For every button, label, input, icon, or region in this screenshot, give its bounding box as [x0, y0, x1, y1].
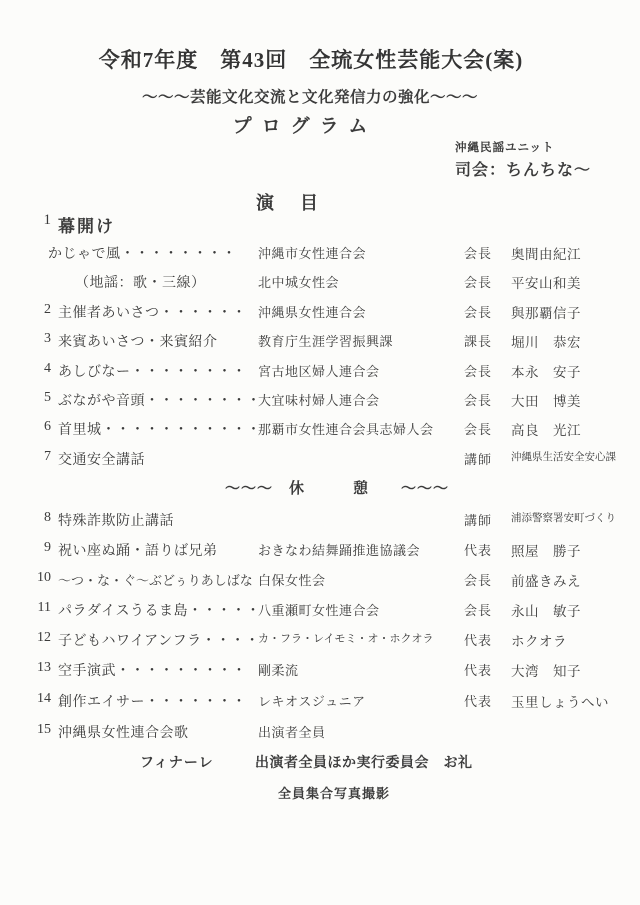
item-name: 沖縄県生活安全安心課: [511, 449, 616, 464]
program-row-6: 6 首里城・・・・・・・・・・・ 那覇市女性連合会具志婦人会 会長 高良 光江: [0, 419, 640, 441]
item-title: 幕開け: [58, 212, 115, 237]
item-title: 交通安全講話: [58, 449, 145, 469]
program-heading: プログラム: [0, 111, 610, 138]
item-title: 創作エイサー・・・・・・・: [58, 691, 247, 711]
item-org: 教育庁生涯学習振興課: [258, 331, 393, 350]
item-title: 主催者あいさつ・・・・・・: [58, 302, 247, 322]
item-role: 会長: [464, 302, 492, 321]
item-title: ～つ・な・ぐ～ぶどぅりあしばな: [58, 570, 253, 589]
document-title: 令和7年度 第43回 全琉女性芸能大会(案): [0, 44, 622, 74]
item-role: 課長: [464, 331, 492, 350]
item-org: 北中城女性会: [258, 272, 339, 291]
program-row-12: 12 子どもハワイアンフラ・・・・ カ・フラ・レイモミ・オ・ホクオラ 代表 ホク…: [0, 630, 640, 652]
item-name: 大湾 知子: [511, 660, 581, 680]
row-number: 6: [28, 419, 51, 435]
item-name: 浦添警察署安町づくり: [511, 510, 616, 525]
item-org: 剛柔流: [258, 660, 299, 679]
program-row-2: 2 主催者あいさつ・・・・・・ 沖縄県女性連合会 会長 與那覇信子: [0, 302, 640, 324]
item-name: 與那覇信子: [511, 302, 581, 322]
item-role: 講師: [464, 449, 492, 468]
program-row-5: 5 ぶながや音頭・・・・・・・・ 大宜味村婦人連合会 会長 大田 博美: [0, 390, 640, 412]
item-title: 首里城・・・・・・・・・・・: [58, 419, 261, 439]
item-role: 会長: [464, 570, 492, 589]
program-page: 令和7年度 第43回 全琉女性芸能大会(案) ～～～芸能文化交流と文化発信力の強…: [0, 0, 640, 905]
item-name: ホクオラ: [511, 630, 567, 650]
item-name: 平安山和美: [511, 272, 581, 292]
row-number: 9: [28, 540, 51, 556]
program-row-13: 13 空手演武・・・・・・・・・ 剛柔流 代表 大湾 知子: [0, 660, 640, 682]
item-role: 代表: [464, 691, 492, 710]
row-number: 11: [28, 600, 51, 616]
item-role: 会長: [464, 361, 492, 380]
program-subrow-kajade: かじゃで風・・・・・・・・ 沖縄市女性連合会 会長 奥間由紀江: [0, 243, 640, 265]
item-org: おきなわ結舞踊推進協議会: [258, 540, 420, 559]
item-title: 子どもハワイアンフラ・・・・: [58, 630, 260, 650]
row-number: 2: [28, 302, 51, 318]
row-number: 4: [28, 361, 51, 377]
program-row-11: 11 パラダイスうるま島・・・・・ 八重瀬町女性連合会 会長 永山 敏子: [0, 600, 640, 622]
item-name: 堀川 恭宏: [511, 331, 581, 351]
row-number: 10: [28, 570, 51, 586]
item-name: 玉里しょうへい: [511, 691, 609, 711]
program-row-8: 8 特殊詐欺防止講話 講師 浦添警察署安町づくり: [0, 510, 640, 532]
finale-row: フィナーレ 出演者全員ほか実行委員会 お礼: [0, 752, 640, 774]
program-row-15: 15 沖縄県女性連合会歌 出演者全員: [0, 722, 640, 744]
item-title: 祝い座ぬ踊・語りば兄弟: [58, 540, 218, 560]
item-role: 会長: [464, 419, 492, 438]
document-subtitle: ～～～芸能文化交流と文化発信力の強化～～～: [0, 85, 620, 107]
item-org: 宮古地区婦人連合会: [258, 361, 380, 380]
finale-text: 出演者全員ほか実行委員会 お礼: [255, 752, 473, 772]
item-title: 特殊詐欺防止講話: [58, 510, 174, 530]
program-row-10: 10 ～つ・な・ぐ～ぶどぅりあしばな 白保女性会 会長 前盛きみえ: [0, 570, 640, 592]
item-name: 永山 敏子: [511, 600, 581, 620]
item-org: 沖縄市女性連合会: [258, 243, 366, 262]
mc-label: 司会：ちんちな～: [455, 157, 591, 180]
item-role: 会長: [464, 600, 492, 619]
row-number: 7: [28, 449, 51, 465]
item-role: 会長: [464, 390, 492, 409]
intermission-line: ～～～ 休 憩 ～～～: [225, 477, 449, 498]
item-title: 来賓あいさつ・来賓紹介: [58, 331, 218, 351]
item-org: レキオスジュニア: [258, 691, 366, 710]
item-name: 大田 博美: [511, 390, 581, 410]
item-org: 八重瀬町女性連合会: [258, 600, 380, 619]
item-role: 代表: [464, 630, 492, 649]
item-title: 沖縄県女性連合会歌: [58, 722, 189, 742]
row-number: 3: [28, 331, 51, 347]
item-name: 前盛きみえ: [511, 570, 581, 590]
item-name: 奥間由紀江: [511, 243, 581, 263]
row-number: 15: [28, 722, 51, 738]
program-row-7: 7 交通安全講話 講師 沖縄県生活安全安心課: [0, 449, 640, 471]
item-org: 白保女性会: [258, 570, 326, 589]
item-role: 代表: [464, 540, 492, 559]
photo-line: 全員集合写真撮影: [278, 783, 390, 802]
row-number: 13: [28, 660, 51, 676]
program-row-14: 14 創作エイサー・・・・・・・ レキオスジュニア 代表 玉里しょうへい: [0, 691, 640, 713]
program-row-4: 4 あしびなー・・・・・・・・ 宮古地区婦人連合会 会長 本永 安子: [0, 361, 640, 383]
row-number: 12: [28, 630, 51, 646]
program-row-3: 3 来賓あいさつ・来賓紹介 教育庁生涯学習振興課 課長 堀川 恭宏: [0, 331, 640, 353]
item-org: 沖縄県女性連合会: [258, 302, 366, 321]
program-subrow-jiutai: （地謡：歌・三線） 北中城女性会 会長 平安山和美: [0, 272, 640, 294]
row-number: 14: [28, 691, 51, 707]
item-name: 本永 安子: [511, 361, 581, 381]
finale-label: フィナーレ: [140, 752, 214, 772]
item-org: 大宜味村婦人連合会: [258, 390, 380, 409]
item-name: 高良 光江: [511, 419, 581, 439]
item-org: カ・フラ・レイモミ・オ・ホクオラ: [258, 630, 433, 646]
item-title: （地謡：歌・三線）: [75, 272, 206, 292]
row-number: 8: [28, 510, 51, 526]
item-title: ぶながや音頭・・・・・・・・: [58, 390, 261, 410]
item-title: あしびなー・・・・・・・・: [58, 361, 247, 381]
item-org: 出演者全員: [258, 722, 326, 741]
row-number: 5: [28, 390, 51, 406]
item-title: 空手演武・・・・・・・・・: [58, 660, 247, 680]
row-number: 1: [28, 212, 51, 229]
item-name: 照屋 勝子: [511, 540, 581, 560]
item-role: 講師: [464, 510, 492, 529]
item-title: パラダイスうるま島・・・・・: [58, 600, 260, 620]
item-org: 那覇市女性連合会具志婦人会: [258, 419, 434, 438]
item-role: 会長: [464, 243, 492, 262]
program-row-9: 9 祝い座ぬ踊・語りば兄弟 おきなわ結舞踊推進協議会 代表 照屋 勝子: [0, 540, 640, 562]
item-title: かじゃで風・・・・・・・・: [48, 243, 237, 263]
program-row-1: 1 幕開け: [0, 212, 640, 234]
mc-unit-label: 沖縄民謡ユニット: [455, 139, 555, 155]
item-role: 会長: [464, 272, 492, 291]
item-role: 代表: [464, 660, 492, 679]
